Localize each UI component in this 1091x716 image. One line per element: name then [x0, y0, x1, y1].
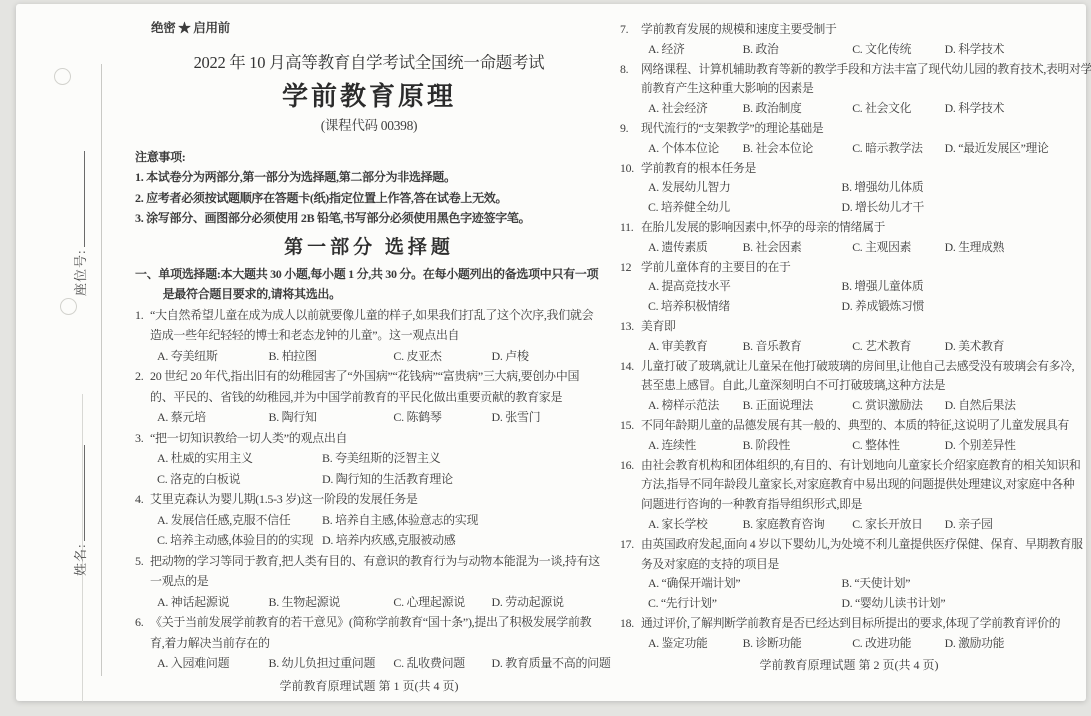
- punch-hole-mark: [60, 298, 77, 315]
- question: 16.由社会教育机构和团体组织的,有目的、有计划地向儿童家长介绍家庭教育的相关知…: [620, 456, 1078, 535]
- option: D. “最近发展区”理论: [945, 139, 1078, 159]
- option: D. 个别差异性: [945, 436, 1078, 456]
- question-number: 15.: [620, 416, 634, 436]
- option: B. 陶行知: [269, 407, 394, 428]
- question-stem-line: 通过评价,了解判断学前教育是否已经达到目标所提出的要求,体现了学前教育评价的: [641, 614, 1078, 634]
- option: A. 社会经济: [648, 99, 743, 119]
- option: B. 诊断功能: [743, 634, 853, 654]
- classification-banner: 绝密 ★ 启用前: [151, 18, 603, 39]
- question: 7.学前教育发展的规模和速度主要受制于A. 经济B. 政治C. 文化传统D. 科…: [620, 20, 1078, 60]
- options-row: A. “确保开端计划”B. “天使计划”C. “先行计划”D. “婴幼儿读书计划…: [641, 574, 1078, 614]
- option: C. 洛克的白板说: [157, 469, 322, 490]
- question: 1.“大自然希望儿童在成为成人以前就要像儿童的样子,如果我们打乱了这个次序,我们…: [135, 305, 603, 367]
- options-row: A. 家长学校B. 家庭教育咨询C. 家长开放日D. 亲子园: [641, 515, 1078, 535]
- name-block: 姓名:: [70, 445, 89, 576]
- question: 14.儿童打破了玻璃,就让儿童呆在他打破玻璃的房间里,让他自己去感受没有玻璃会有…: [620, 357, 1078, 416]
- option: A. 榜样示范法: [648, 396, 743, 416]
- fold-line: [101, 64, 102, 676]
- option: B. 幼儿负担过重问题: [269, 653, 394, 674]
- question: 10.学前教育的根本任务是A. 发展幼儿智力B. 增强幼儿体质C. 培养健全幼儿…: [620, 159, 1078, 218]
- question: 5.把动物的学习等同于教育,把人类有目的、有意识的教育行为与动物本能混为一谈,持…: [135, 551, 603, 613]
- option: A. 家长学校: [648, 515, 743, 535]
- question-number: 16.: [620, 456, 634, 476]
- option: B. 政治制度: [743, 99, 853, 119]
- options-row: A. 社会经济B. 政治制度C. 社会文化D. 科学技术: [641, 99, 1078, 119]
- options-row: A. 鉴定功能B. 诊断功能C. 改进功能D. 激励功能: [641, 634, 1078, 654]
- option: A. 神话起源说: [157, 592, 269, 613]
- option: C. 赏识激励法: [852, 396, 944, 416]
- option: C. “先行计划”: [648, 594, 842, 614]
- option: D. 劳动起源说: [491, 592, 603, 613]
- option: A. 蔡元培: [157, 407, 269, 428]
- option: B. 音乐教育: [743, 337, 853, 357]
- option: D. 养成锻炼习惯: [842, 297, 1079, 317]
- question: 12学前儿童体育的主要目的在于A. 提高竞技水平B. 增强儿童体质C. 培养积极…: [620, 258, 1078, 317]
- option: A. 遗传素质: [648, 238, 743, 258]
- option: B. 夸美纽斯的泛智主义: [322, 448, 603, 469]
- options-row: A. 榜样示范法B. 正面说理法C. 赏识激励法D. 自然后果法: [641, 396, 1078, 416]
- question: 8.网络课程、计算机辅助教育等新的教学手段和方法丰富了现代幼儿园的教育技术,表明…: [620, 60, 1078, 119]
- question: 11.在胎儿发展的影响因素中,怀孕的母亲的情绪属于A. 遗传素质B. 社会因素C…: [620, 218, 1078, 258]
- option: B. 社会本位论: [743, 139, 853, 159]
- question-list-page1: 1.“大自然希望儿童在成为成人以前就要像儿童的样子,如果我们打乱了这个次序,我们…: [135, 305, 603, 674]
- question-number: 12: [620, 258, 631, 278]
- name-blank: [72, 445, 85, 541]
- options-row: A. 神话起源说B. 生物起源说C. 心理起源说D. 劳动起源说: [150, 592, 603, 613]
- question: 17.由英国政府发起,面向 4 岁以下婴幼儿,为处境不利儿童提供医疗保健、保育、…: [620, 535, 1078, 614]
- question-stem-line: 现代流行的“支架教学”的理论基础是: [641, 119, 1078, 139]
- option: A. 杜威的实用主义: [157, 448, 322, 469]
- exam-page-2: 7.学前教育发展的规模和速度主要受制于A. 经济B. 政治C. 文化传统D. 科…: [620, 20, 1078, 675]
- options-row: A. 夸美纽斯B. 柏拉图C. 皮亚杰D. 卢梭: [150, 346, 603, 367]
- note-item: 3. 涂写部分、画图部分必须使用 2B 铅笔,书写部分必须使用黑色字迹签字笔。: [135, 208, 603, 229]
- question: 15.不同年龄期儿童的品德发展有其一般的、典型的、本质的特征,这说明了儿童发展具…: [620, 416, 1078, 456]
- options-row: A. 发展幼儿智力B. 增强幼儿体质C. 培养健全幼儿D. 增长幼儿才干: [641, 178, 1078, 218]
- option: B. 生物起源说: [269, 592, 394, 613]
- option: B. 培养自主感,体验意志的实现: [322, 510, 603, 531]
- question-number: 14.: [620, 357, 634, 377]
- question-number: 8.: [620, 60, 628, 80]
- question: 2.20 世纪 20 年代,指出旧有的幼稚园害了“外国病”“花钱病”“富贵病”三…: [135, 366, 603, 428]
- question-number: 17.: [620, 535, 634, 555]
- option: B. 增强儿童体质: [842, 277, 1079, 297]
- question-stem-line: 学前教育发展的规模和速度主要受制于: [641, 20, 1078, 40]
- option: B. “天使计划”: [842, 574, 1079, 594]
- option: A. 连续性: [648, 436, 743, 456]
- question-number: 10.: [620, 159, 634, 179]
- option: C. 心理起源说: [393, 592, 491, 613]
- part1-heading: 第一部分 选择题: [135, 235, 603, 260]
- note-item: 2. 应考者必须按试题顺序在答题卡(纸)指定位置上作答,答在试卷上无效。: [135, 188, 603, 209]
- question-stem-line: 由英国政府发起,面向 4 岁以下婴幼儿,为处境不利儿童提供医疗保健、保育、早期教…: [641, 535, 1078, 555]
- option: B. 家庭教育咨询: [743, 515, 853, 535]
- option: D. 生理成熟: [945, 238, 1078, 258]
- question: 9.现代流行的“支架教学”的理论基础是A. 个体本位论B. 社会本位论C. 暗示…: [620, 119, 1078, 159]
- option: D. 教育质量不高的问题: [491, 653, 603, 674]
- exam-page-1: 绝密 ★ 启用前 2022 年 10 月高等教育自学考试全国统一命题考试 学前教…: [135, 18, 603, 696]
- subject-title: 学前教育原理: [135, 80, 603, 113]
- option: C. 暗示教学法: [852, 139, 944, 159]
- question: 6.《关于当前发展学前教育的若干意见》(简称学前教育“国十条”),提出了积极发展…: [135, 612, 603, 674]
- question-number: 3.: [135, 428, 143, 449]
- section-instructions-line: 是最符合题目要求的,请将其选出。: [135, 284, 603, 305]
- question-number: 4.: [135, 489, 143, 510]
- option: B. 政治: [743, 40, 853, 60]
- name-label: 姓名:: [73, 543, 88, 576]
- option: A. 审美教育: [648, 337, 743, 357]
- options-row: A. 经济B. 政治C. 文化传统D. 科学技术: [641, 40, 1078, 60]
- option: C. 社会文化: [852, 99, 944, 119]
- question-stem-line: “把一切知识教给一切人类”的观点出自: [150, 428, 603, 449]
- option: C. 乱收费问题: [393, 653, 491, 674]
- option: A. 入园难问题: [157, 653, 269, 674]
- option: A. 发展幼儿智力: [648, 178, 842, 198]
- options-row: A. 遗传素质B. 社会因素C. 主观因素D. 生理成熟: [641, 238, 1078, 258]
- option: C. 培养健全幼儿: [648, 198, 842, 218]
- question-number: 5.: [135, 551, 143, 572]
- option: D. 激励功能: [945, 634, 1078, 654]
- notes-heading: 注意事项:: [135, 147, 603, 168]
- question-stem-line: 前教育产生这种重大影响的因素是: [641, 79, 1078, 99]
- seat-number-block: 座位号:: [70, 151, 89, 296]
- option: D. 自然后果法: [945, 396, 1078, 416]
- question-stem-line: 儿童打破了玻璃,就让儿童呆在他打破玻璃的房间里,让他自己去感受没有玻璃会有多冷,: [641, 357, 1078, 377]
- option: D. 科学技术: [945, 40, 1078, 60]
- question-stem-line: 《关于当前发展学前教育的若干意见》(简称学前教育“国十条”),提出了积极发展学前…: [150, 612, 603, 633]
- option: C. 陈鹤琴: [393, 407, 491, 428]
- option: B. 社会因素: [743, 238, 853, 258]
- note-item: 1. 本试卷分为两部分,第一部分为选择题,第二部分为非选择题。: [135, 167, 603, 188]
- option: D. 陶行知的生活教育理论: [322, 469, 603, 490]
- option: C. 艺术教育: [852, 337, 944, 357]
- question-stem-line: “大自然希望儿童在成为成人以前就要像儿童的样子,如果我们打乱了这个次序,我们就会: [150, 305, 603, 326]
- option: B. 阶段性: [743, 436, 853, 456]
- question-number: 6.: [135, 612, 143, 633]
- question-stem-line: 不同年龄期儿童的品德发展有其一般的、典型的、本质的特征,这说明了儿童发展具有: [641, 416, 1078, 436]
- punch-hole-mark: [54, 68, 71, 85]
- option: C. 文化传统: [852, 40, 944, 60]
- option: D. 卢梭: [491, 346, 603, 367]
- question-stem-line: 学前儿童体育的主要目的在于: [641, 258, 1078, 278]
- question-stem-line: 网络课程、计算机辅助教育等新的教学手段和方法丰富了现代幼儿园的教育技术,表明对学: [641, 60, 1078, 80]
- question-stem-line: 把动物的学习等同于教育,把人类有目的、有意识的教育行为与动物本能混为一谈,持有这: [150, 551, 603, 572]
- option: B. 增强幼儿体质: [842, 178, 1079, 198]
- page-footer: 学前教育原理试题 第 1 页(共 4 页): [135, 676, 603, 697]
- options-row: A. 发展信任感,克服不信任B. 培养自主感,体验意志的实现C. 培养主动感,体…: [150, 510, 603, 551]
- question-stem-line: 由社会教育机构和团体组织的,有目的、有计划地向儿童家长介绍家庭教育的相关知识和: [641, 456, 1078, 476]
- question: 3.“把一切知识教给一切人类”的观点出自A. 杜威的实用主义B. 夸美纽斯的泛智…: [135, 428, 603, 490]
- question-number: 1.: [135, 305, 143, 326]
- question-stem-line: 20 世纪 20 年代,指出旧有的幼稚园害了“外国病”“花钱病”“富贵病”三大病…: [150, 366, 603, 387]
- options-row: A. 提高竞技水平B. 增强儿童体质C. 培养积极情绪D. 养成锻炼习惯: [641, 277, 1078, 317]
- question-stem-line: 甚至患上感冒。自此,儿童深刻明白不可打破玻璃,这种方法是: [641, 376, 1078, 396]
- seat-number-label: 座位号:: [73, 249, 88, 296]
- option: D. 科学技术: [945, 99, 1078, 119]
- question: 18.通过评价,了解判断学前教育是否已经达到目标所提出的要求,体现了学前教育评价…: [620, 614, 1078, 654]
- option: B. 正面说理法: [743, 396, 853, 416]
- option: C. 培养主动感,体验目的的实现: [157, 530, 322, 551]
- question: 4.艾里克森认为婴儿期(1.5-3 岁)这一阶段的发展任务是A. 发展信任感,克…: [135, 489, 603, 551]
- options-row: A. 个体本位论B. 社会本位论C. 暗示教学法D. “最近发展区”理论: [641, 139, 1078, 159]
- question-number: 2.: [135, 366, 143, 387]
- option: A. 经济: [648, 40, 743, 60]
- question-number: 9.: [620, 119, 628, 139]
- option: A. 提高竞技水平: [648, 277, 842, 297]
- option: D. 亲子园: [945, 515, 1078, 535]
- option: A. 发展信任感,克服不信任: [157, 510, 322, 531]
- question-list-page2: 7.学前教育发展的规模和速度主要受制于A. 经济B. 政治C. 文化传统D. 科…: [620, 20, 1078, 654]
- options-row: A. 审美教育B. 音乐教育C. 艺术教育D. 美术教育: [641, 337, 1078, 357]
- question-number: 13.: [620, 317, 634, 337]
- option: C. 改进功能: [852, 634, 944, 654]
- exam-session-title: 2022 年 10 月高等教育自学考试全国统一命题考试: [135, 51, 603, 75]
- question-stem-line: 学前教育的根本任务是: [641, 159, 1078, 179]
- question-stem-line: 一观点的是: [150, 571, 603, 592]
- options-row: A. 蔡元培B. 陶行知C. 陈鹤琴D. 张雪门: [150, 407, 603, 428]
- question-stem-line: 务及对家庭的支持的项目是: [641, 555, 1078, 575]
- option: D. “婴幼儿读书计划”: [842, 594, 1079, 614]
- question-stem-line: 美育即: [641, 317, 1078, 337]
- question-stem-line: 造成一些年纪轻轻的博士和老态龙钟的儿童”。这一观点出自: [150, 325, 603, 346]
- option: C. 整体性: [852, 436, 944, 456]
- page-footer: 学前教育原理试题 第 2 页(共 4 页): [620, 656, 1078, 676]
- question-stem-line: 在胎儿发展的影响因素中,怀孕的母亲的情绪属于: [641, 218, 1078, 238]
- question-number: 11.: [620, 218, 633, 238]
- option: A. “确保开端计划”: [648, 574, 842, 594]
- option: C. 培养积极情绪: [648, 297, 842, 317]
- option: C. 皮亚杰: [393, 346, 491, 367]
- question-stem-line: 艾里克森认为婴儿期(1.5-3 岁)这一阶段的发展任务是: [150, 489, 603, 510]
- seat-number-blank: [72, 151, 85, 247]
- notes-section: 注意事项: 1. 本试卷分为两部分,第一部分为选择题,第二部分为非选择题。 2.…: [135, 147, 603, 229]
- question-stem-line: 问题进行咨询的一种教育指导组织形式,即是: [641, 495, 1078, 515]
- question-stem-line: 育,着力解决当前存在的: [150, 633, 603, 654]
- option: C. 家长开放日: [852, 515, 944, 535]
- option: C. 主观因素: [852, 238, 944, 258]
- option: D. 增长幼儿才干: [842, 198, 1079, 218]
- section-instructions: 一、单项选择题:本大题共 30 小题,每小题 1 分,共 30 分。在每小题列出…: [135, 264, 603, 305]
- option: D. 张雪门: [491, 407, 603, 428]
- option: A. 鉴定功能: [648, 634, 743, 654]
- option: D. 美术教育: [945, 337, 1078, 357]
- options-row: A. 入园难问题B. 幼儿负担过重问题C. 乱收费问题D. 教育质量不高的问题: [150, 653, 603, 674]
- course-code: (课程代码 00398): [135, 116, 603, 135]
- option: A. 个体本位论: [648, 139, 743, 159]
- option: B. 柏拉图: [269, 346, 394, 367]
- options-row: A. 杜威的实用主义B. 夸美纽斯的泛智主义C. 洛克的白板说D. 陶行知的生活…: [150, 448, 603, 489]
- section-instructions-line: 一、单项选择题:本大题共 30 小题,每小题 1 分,共 30 分。在每小题列出…: [135, 264, 603, 285]
- option: D. 培养内疚感,克服被动感: [322, 530, 603, 551]
- question-number: 7.: [620, 20, 628, 40]
- options-row: A. 连续性B. 阶段性C. 整体性D. 个别差异性: [641, 436, 1078, 456]
- question-stem-line: 方法,指导不同年龄段儿童家长,对家庭教育中易出现的问题提供处理建议,对家庭中各种: [641, 475, 1078, 495]
- question-stem-line: 的、平民的、省钱的幼稚园,并为中国学前教育的平民化做出重要贡献的教育家是: [150, 387, 603, 408]
- scanned-exam-sheet: 座位号: 姓名: 绝密 ★ 启用前 2022 年 10 月高等教育自学考试全国统…: [16, 4, 1086, 701]
- option: A. 夸美纽斯: [157, 346, 269, 367]
- question-number: 18.: [620, 614, 634, 634]
- question: 13.美育即A. 审美教育B. 音乐教育C. 艺术教育D. 美术教育: [620, 317, 1078, 357]
